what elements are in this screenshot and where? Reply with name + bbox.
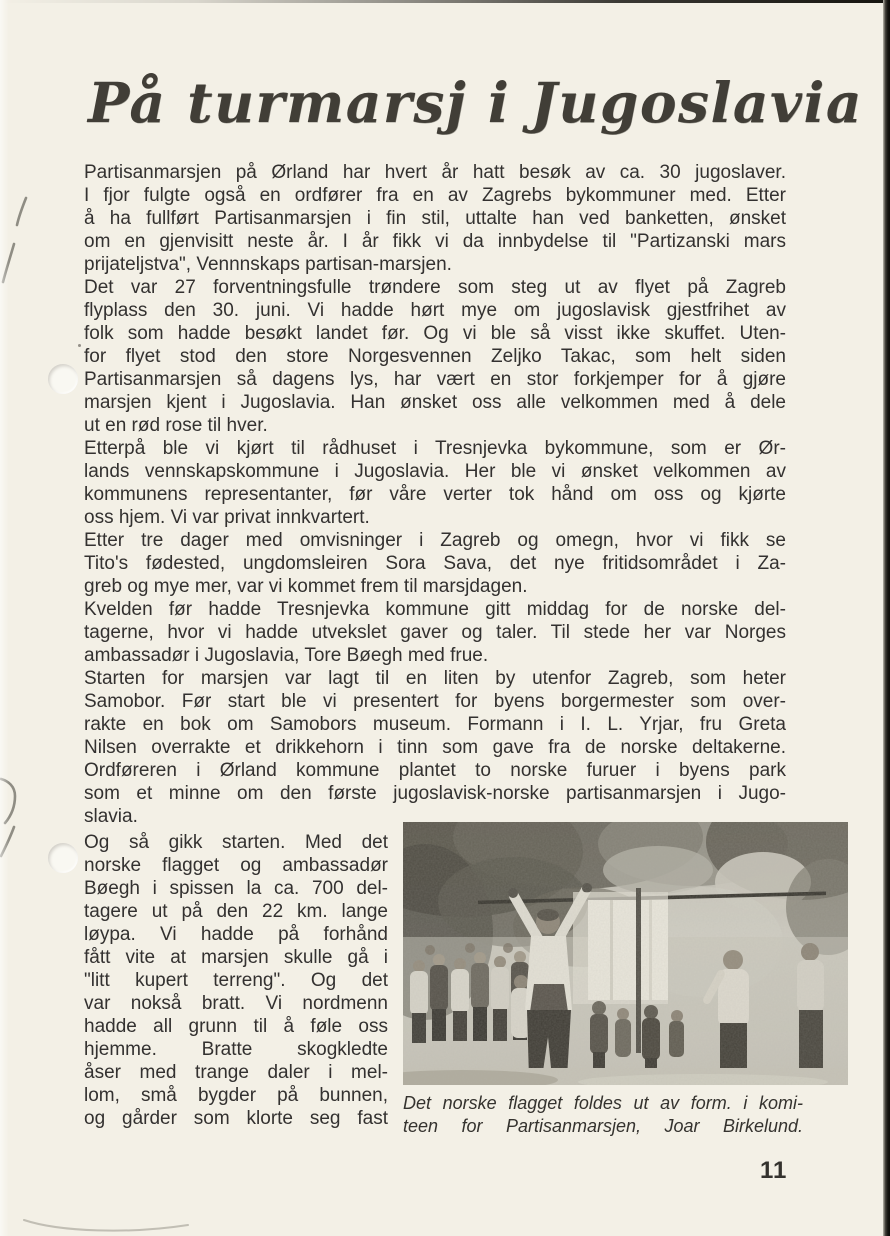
text-line: marsjen kjent i Jugoslavia. Han ønsket o… <box>84 391 786 414</box>
paragraph: Det var 27 forventningsfulle trøndere so… <box>84 276 786 437</box>
text-line: Det norske flagget foldes ut av form. i … <box>403 1092 803 1115</box>
text-line: fått vite at marsjen skulle gå i <box>84 946 388 969</box>
text-line: greb og mye mer, var vi kommet frem til … <box>84 575 786 598</box>
text-line: ut en rød rose til hver. <box>84 414 786 437</box>
text-line: tagerne, hvor vi hadde utvekslet gaver o… <box>84 621 786 644</box>
scan-speck <box>78 344 81 347</box>
scan-edge-left <box>0 0 9 1236</box>
paragraph: Kvelden før hadde Tresnjevka kommune git… <box>84 598 786 667</box>
text-line: Nilsen overrakte et drikkehorn i tinn so… <box>84 736 786 759</box>
page-number: 11 <box>760 1157 787 1185</box>
text-line: Etter tre dager med omvisninger i Zagreb… <box>84 529 786 552</box>
text-line: ambassadør i Jugoslavia, Tore Bøegh med … <box>84 644 786 667</box>
text-line: rakte en bok om Samobors museum. Formann… <box>84 713 786 736</box>
text-line: løypa. Vi hadde på forhånd <box>84 923 388 946</box>
text-line: Bøegh i spissen la ca. 700 del- <box>84 877 388 900</box>
scan-edge-top <box>0 0 890 3</box>
article-title: På turmarsj i Jugoslavia <box>88 72 858 134</box>
text-line: å ha fullført Partisanmarsjen i fin stil… <box>84 207 786 230</box>
text-line: Det var 27 forventningsfulle trøndere so… <box>84 276 786 299</box>
scanned-magazine-page: På turmarsj i Jugoslavia Partisanmarsjen… <box>0 0 890 1236</box>
scan-edge-right <box>883 0 890 1236</box>
text-line: Kvelden før hadde Tresnjevka kommune git… <box>84 598 786 621</box>
paragraph: Partisanmarsjen på Ørland har hvert år h… <box>84 161 786 276</box>
text-line: folk som hadde besøkt landet før. Og vi … <box>84 322 786 345</box>
text-line: kommunens representanter, før våre verte… <box>84 483 786 506</box>
text-line: tagere ut på den 22 km. lange <box>84 900 388 923</box>
photo-caption: Det norske flagget foldes ut av form. i … <box>403 1092 803 1137</box>
text-line: for flyet stod den store Norgesvennen Ze… <box>84 345 786 368</box>
scan-corner-mark <box>20 1216 195 1236</box>
text-line: "litt kupert terreng". Og det <box>84 969 388 992</box>
text-line: lom, små bygder på bunnen, <box>84 1084 388 1107</box>
text-line: prijateljstva", Vennnskaps partisan-mars… <box>84 253 786 276</box>
article-left-column: Og så gikk starten. Med detnorske flagge… <box>84 831 388 1130</box>
paragraph: Etterpå ble vi kjørt til rådhuset i Tres… <box>84 437 786 529</box>
punch-hole-bottom <box>48 843 78 873</box>
scan-speck <box>410 97 414 101</box>
text-line: Partisanmarsjen på Ørland har hvert år h… <box>84 161 786 184</box>
text-line: Etterpå ble vi kjørt til rådhuset i Tres… <box>84 437 786 460</box>
text-line: Starten for marsjen var lagt til en lite… <box>84 667 786 690</box>
text-line: Ordføreren i Ørland kommune plantet to n… <box>84 759 786 782</box>
text-line: teen for Partisanmarsjen, Joar Birkelund… <box>403 1115 803 1138</box>
text-line: om en gjenvisitt neste år. I år fikk vi … <box>84 230 786 253</box>
text-line: hjemme. Bratte skogkledte <box>84 1038 388 1061</box>
text-line: Og så gikk starten. Med det <box>84 831 388 854</box>
text-line: Samobor. Før start ble vi presentert for… <box>84 690 786 713</box>
text-line: oss hjem. Vi var privat innkvartert. <box>84 506 786 529</box>
text-line: hadde all grunn til å føle oss <box>84 1015 388 1038</box>
text-line: og gårder som klorte seg fast <box>84 1107 388 1130</box>
text-line: flyplass den 30. juni. Vi hadde hørt mye… <box>84 299 786 322</box>
text-line: lands vennskapskommune i Jugoslavia. Her… <box>84 460 786 483</box>
text-line: var nokså bratt. Vi nordmenn <box>84 992 388 1015</box>
paragraph: Etter tre dager med omvisninger i Zagreb… <box>84 529 786 598</box>
photo-flag-unfolding <box>403 822 848 1085</box>
text-line: som et minne om den første jugoslavisk-n… <box>84 782 786 805</box>
text-line: I fjor fulgte også en ordfører fra en av… <box>84 184 786 207</box>
article-photo <box>403 822 848 1085</box>
paragraph: Starten for marsjen var lagt til en lite… <box>84 667 786 828</box>
text-line: åser med trange daler i mel- <box>84 1061 388 1084</box>
article-body: Partisanmarsjen på Ørland har hvert år h… <box>84 161 786 828</box>
text-line: norske flagget og ambassadør <box>84 854 388 877</box>
punch-hole-top <box>48 364 78 394</box>
text-line: Partisanmarsjen så dagens lys, har vært … <box>84 368 786 391</box>
text-line: Tito's fødested, ungdomsleiren Sora Sava… <box>84 552 786 575</box>
